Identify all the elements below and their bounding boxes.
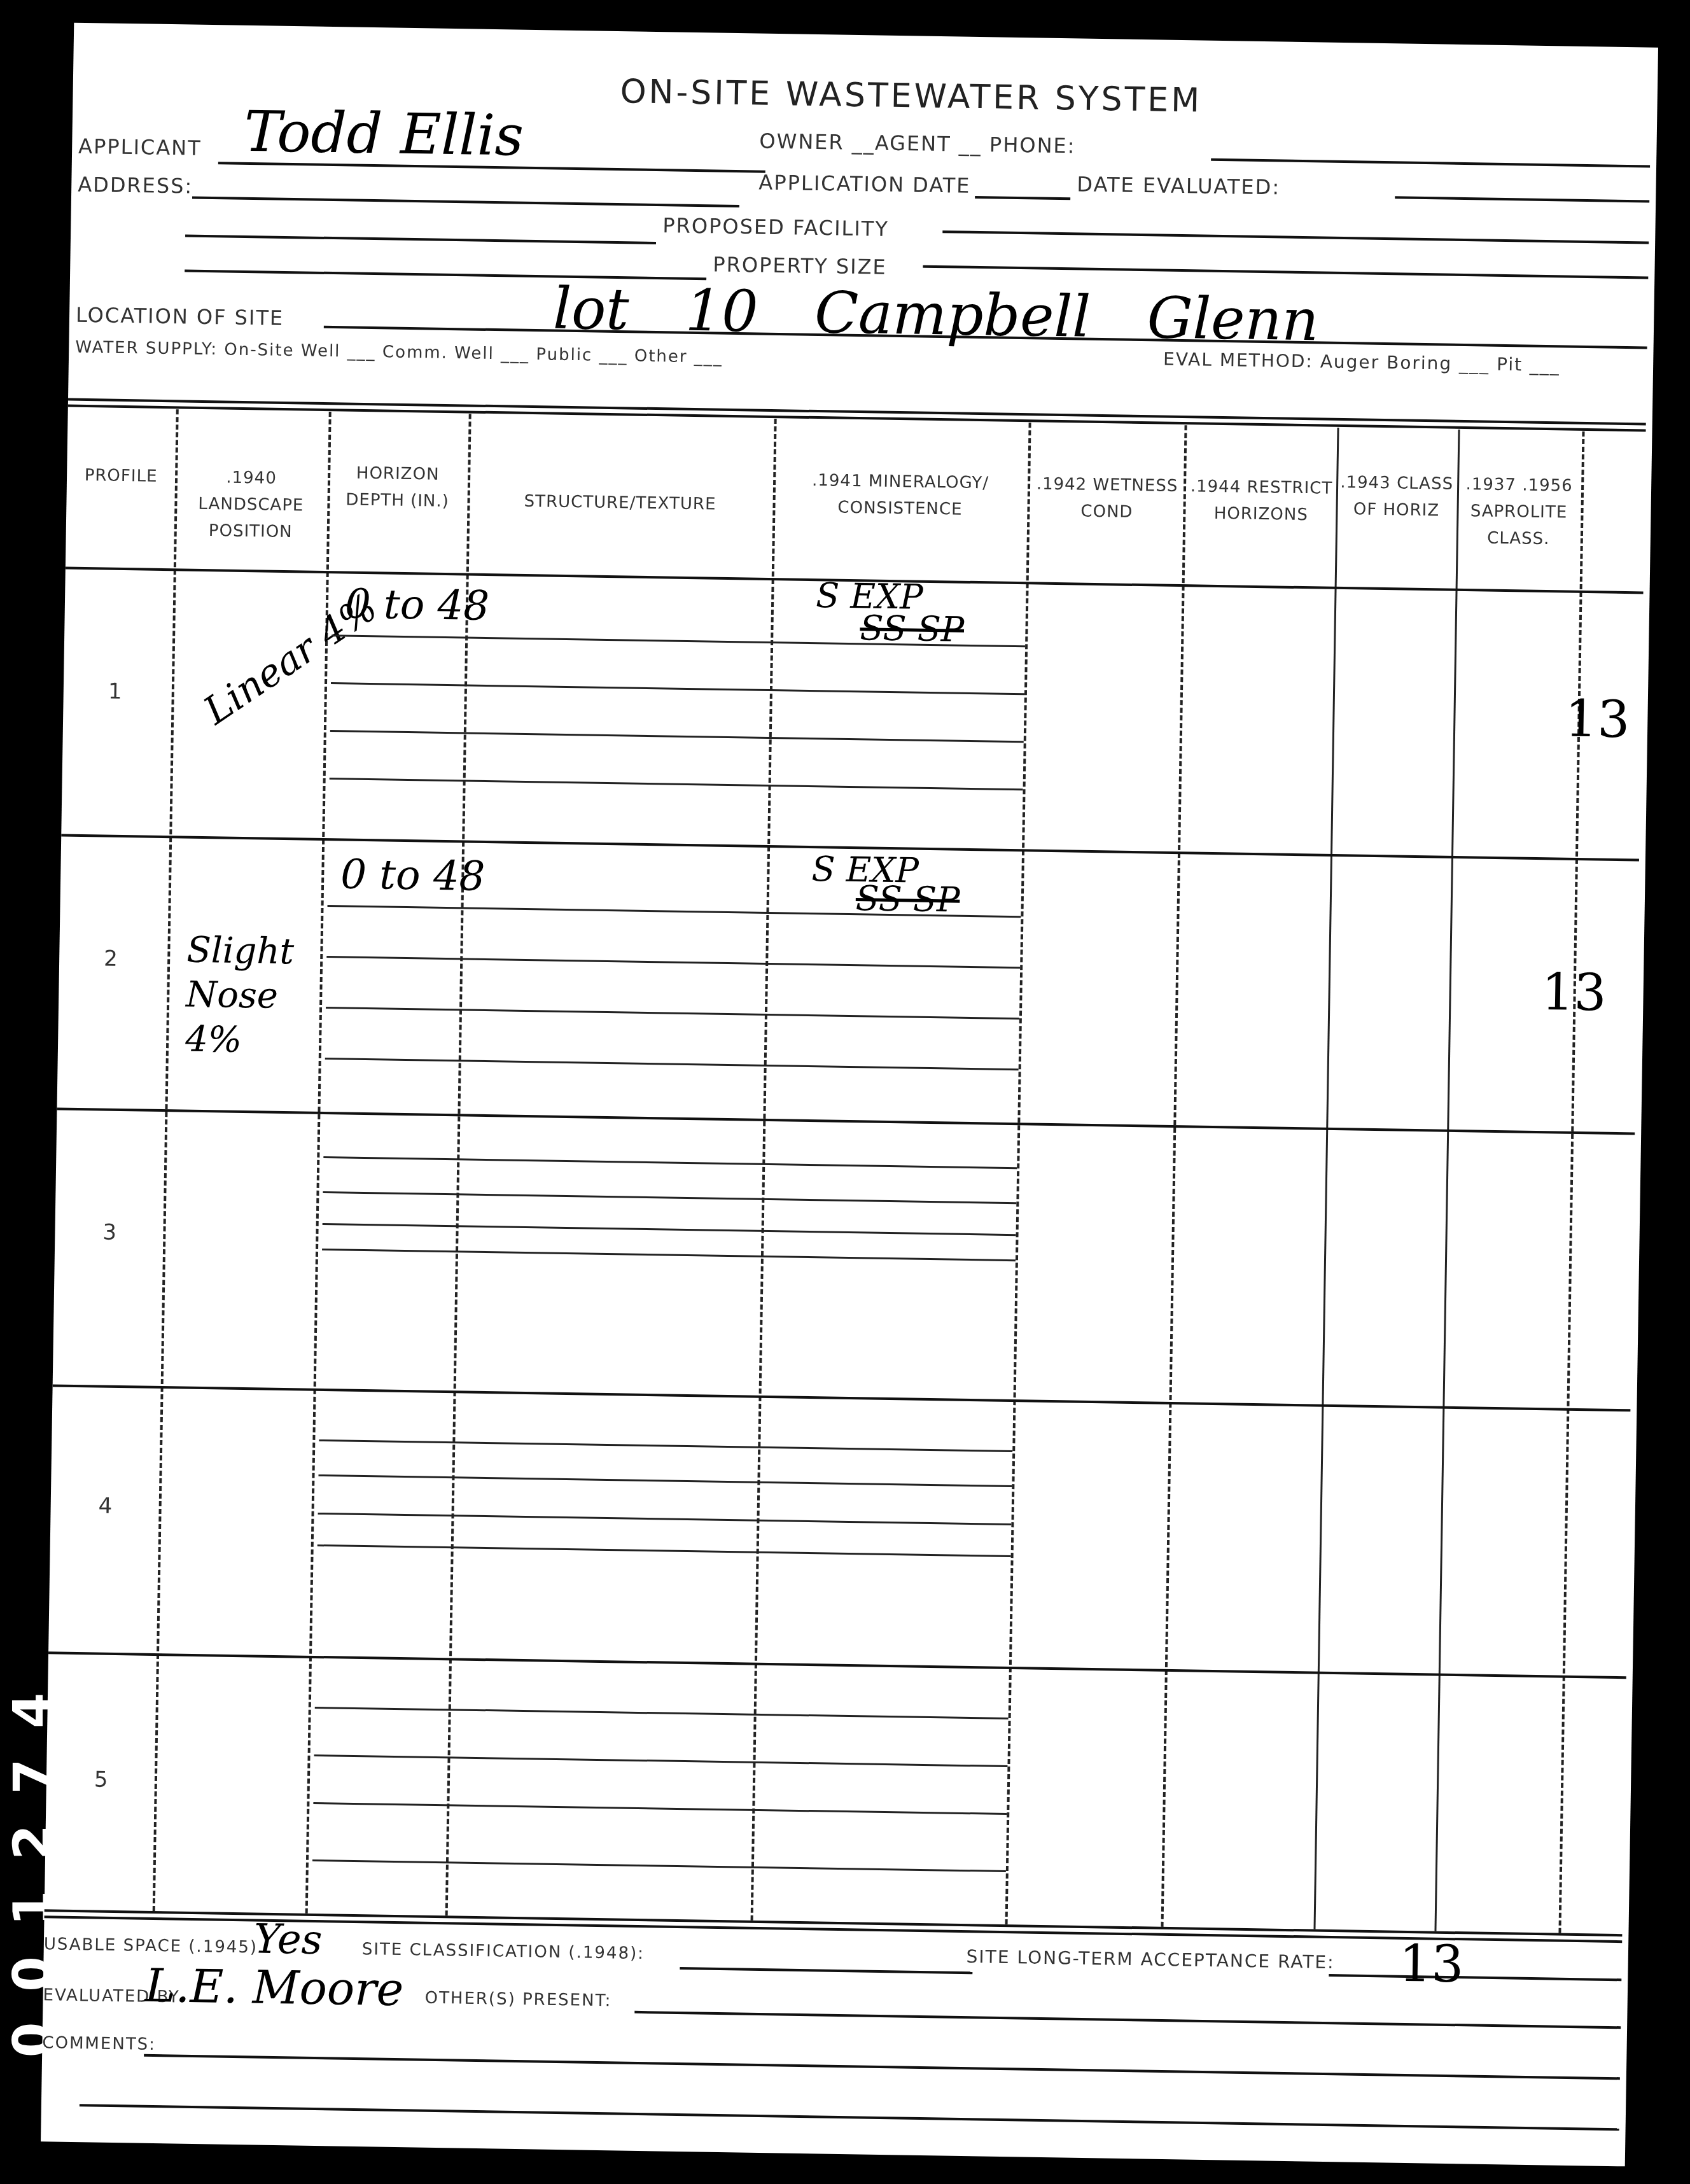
side-stamp: 0 0 1 2 7 4 [3, 1686, 41, 2057]
usable-space-value[interactable]: Yes [253, 1915, 323, 1964]
evaluated-by-value[interactable]: L.E. Moore [144, 1959, 404, 2016]
col-header-mineralogy: .1941 MINERALOGY/ CONSISTENCE [779, 466, 1021, 524]
landscape-value[interactable]: Slight Nose 4% [185, 928, 314, 1064]
others-present-line[interactable] [634, 2011, 1621, 2029]
date-evaluated-line[interactable] [1395, 196, 1649, 202]
table-top-rule-1 [68, 398, 1646, 426]
col-divider-1 [153, 409, 179, 1911]
application-date-line[interactable] [975, 196, 1070, 200]
subrow-line [323, 1223, 1016, 1236]
acceptance-rate-value[interactable]: 13 [1399, 1934, 1464, 1994]
application-date-label: APPLICATION DATE [758, 171, 971, 198]
subrow-line [315, 1707, 1009, 1719]
col-header-landscape: .1940 LANDSCAPE POSITION [180, 463, 321, 545]
col-divider-6 [1161, 425, 1187, 1927]
row-divider [48, 1651, 1626, 1679]
property-size-label: PROPERTY SIZE [713, 252, 887, 279]
col-header-saprolite: .1937 .1956 SAPROLITE CLASS. [1460, 471, 1579, 553]
col-divider-4 [751, 419, 777, 1921]
col-divider-8 [1434, 430, 1460, 1931]
col-header-profile: PROFILE [67, 462, 176, 491]
site-classification-line[interactable] [680, 1967, 972, 1974]
applicant-value[interactable]: Todd Ellis [244, 99, 524, 169]
subrow-line [313, 1802, 1007, 1815]
facility-line-right[interactable] [942, 230, 1649, 244]
col-divider-5 [1005, 423, 1031, 1924]
facility-line-left[interactable] [185, 234, 656, 244]
col-divider-7 [1313, 428, 1339, 1929]
subrow-line [323, 1156, 1017, 1169]
acceptance-rate-line [1329, 1974, 1621, 1981]
form-page: ON-SITE WASTEWATER SYSTEM APPLICANT Todd… [41, 23, 1658, 2167]
subrow-line [318, 1474, 1012, 1487]
col-divider-3 [445, 414, 471, 1915]
comments-label: COMMENTS: [42, 2033, 156, 2054]
eval-method-label: EVAL METHOD: Auger Boring ___ Pit ___ [1163, 349, 1560, 376]
subrow-line [312, 1859, 1006, 1872]
subrow-line [326, 1007, 1019, 1019]
subrow-line [314, 1754, 1008, 1767]
subrow-line [323, 1191, 1016, 1204]
saprolite-value[interactable]: 13 [1541, 962, 1607, 1023]
row-divider [57, 1107, 1635, 1135]
acceptance-rate-label: SITE LONG-TERM ACCEPTANCE RATE: [966, 1946, 1334, 1973]
col-header-horizon-depth: HORIZON DEPTH (IN.) [333, 459, 461, 515]
others-present-label: OTHER(S) PRESENT: [424, 1989, 611, 2011]
comments-line-2[interactable] [80, 2104, 1619, 2131]
col-header-structure-texture: STRUCTURE/TEXTURE [473, 487, 767, 519]
applicant-label: APPLICANT [78, 134, 202, 160]
subrow-line [318, 1513, 1012, 1525]
location-label: LOCATION OF SITE [76, 303, 284, 330]
col-header-restrict: .1944 RESTRICT HORIZONS [1189, 473, 1333, 529]
horizon-depth-value[interactable]: 0 to 48 [340, 851, 485, 900]
date-evaluated-label: DATE EVALUATED: [1077, 172, 1280, 199]
col-header-wetness: .1942 WETNESS COND [1033, 470, 1180, 526]
property-size-line-right[interactable] [923, 265, 1648, 279]
phone-line[interactable] [1211, 158, 1650, 168]
scan-border-left: 0 0 1 2 7 4 [0, 0, 45, 2184]
profile-number: 4 [98, 1494, 112, 1519]
subrow-line [322, 1249, 1016, 1261]
form-title: ON-SITE WASTEWATER SYSTEM [620, 73, 1202, 120]
col-header-class-horiz: .1943 CLASS OF HORIZ [1339, 469, 1454, 524]
horizon-depth-value[interactable]: 0 to 48 [344, 580, 489, 630]
proposed-facility-label: PROPOSED FACILITY [662, 213, 889, 241]
subrow-line [326, 956, 1020, 969]
comments-line-1[interactable] [144, 2054, 1620, 2080]
profile-number: 3 [102, 1220, 116, 1245]
profile-number: 2 [104, 946, 118, 972]
table-top-rule-2 [68, 405, 1646, 432]
location-value[interactable]: lot 10 Campbell Glenn [553, 276, 1320, 354]
subrow-line [325, 1058, 1019, 1070]
usable-space-label: USABLE SPACE (.1945) [44, 1935, 258, 1957]
site-classification-label: SITE CLASSIFICATION (.1948): [362, 1940, 645, 1963]
subrow-line [319, 1439, 1012, 1452]
subrow-line [330, 730, 1024, 743]
row-divider [53, 1384, 1631, 1411]
subrow-line [330, 778, 1023, 790]
address-label: ADDRESS: [78, 172, 193, 199]
address-line[interactable] [192, 197, 739, 208]
profile-number: 1 [108, 679, 122, 704]
subrow-line [331, 682, 1024, 695]
col-divider-9 [1558, 431, 1584, 1933]
subrow-line [318, 1544, 1011, 1557]
saprolite-value[interactable]: 13 [1565, 689, 1630, 750]
profile-number: 5 [94, 1767, 108, 1792]
owner-agent-phone-label: OWNER __AGENT __ PHONE: [759, 129, 1076, 158]
